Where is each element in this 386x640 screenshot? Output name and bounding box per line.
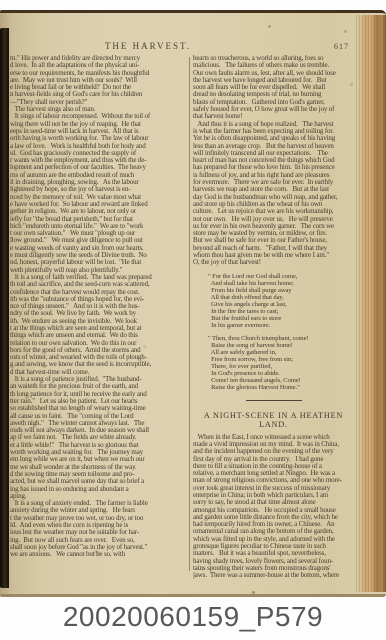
text-line: From his field shall purge away <box>208 287 354 294</box>
watermark-id: 20020060159_P579 <box>0 601 386 633</box>
text-line: Give his angels charge at last, <box>208 301 354 308</box>
page-number: 617 <box>334 42 349 51</box>
book-page: THE HARVEST. 617 m." His power and fidel… <box>0 10 386 597</box>
column-divider <box>189 57 190 571</box>
text-line: There, for ever purified, <box>208 363 354 370</box>
harvest-article-text: hearts so treacherous, a world so alluri… <box>193 55 354 267</box>
text-line: jaws. There was a summer-house at the bo… <box>193 572 354 579</box>
text-line: And shall take his harvest home; <box>208 280 354 287</box>
text-line: we are anxious. We cannot but be so, wit… <box>10 551 188 558</box>
right-text-column: hearts so treacherous, a world so alluri… <box>193 55 354 589</box>
text-line: " For the Lord our God shall come, <box>208 273 354 280</box>
text-line: O, the joy of that harvest! <box>193 259 354 266</box>
text-line: In his garner evermore. <box>208 322 354 329</box>
text-line: In God's presence to abide. <box>208 370 354 377</box>
hymn-stanza-1: " For the Lord our God shall come, And s… <box>208 273 354 329</box>
text-line: But the fruitful ears to store <box>208 315 354 322</box>
hymn-stanza-2: " Then, thou Church triumphant, come! Ra… <box>208 335 354 391</box>
section-divider-rule <box>246 400 302 401</box>
night-scene-article-text: When in the East, I once witnessed a sce… <box>193 434 354 580</box>
text-line: " Then, thou Church triumphant, come! <box>208 335 354 342</box>
text-line: Raise the glorious Harvest Home." <box>208 384 354 391</box>
running-title: THE HARVEST. <box>0 41 296 51</box>
text-line: All are safely gathered in, <box>208 349 354 356</box>
text-line: In the fire the tares to cast; <box>208 308 354 315</box>
text-line: Raise the song of harvest home! <box>208 342 354 349</box>
text-line: All that doth offend that day, <box>208 294 354 301</box>
text-line: ing has issued in so enduring and abunda… <box>10 486 188 493</box>
text-line: Free from sorrow, free from sin; <box>208 356 354 363</box>
book-binding-edge <box>0 28 9 588</box>
page-fore-edge <box>356 15 386 592</box>
text-line: Come! ten thousand angels, Come! <box>208 377 354 384</box>
left-text-column: m." His power and fidelity are directed … <box>10 55 188 577</box>
scanned-book-photo: THE HARVEST. 617 m." His power and fidel… <box>0 0 386 640</box>
section-heading: A NIGHT-SCENE IN A HEATHEN LAND. <box>193 411 354 429</box>
